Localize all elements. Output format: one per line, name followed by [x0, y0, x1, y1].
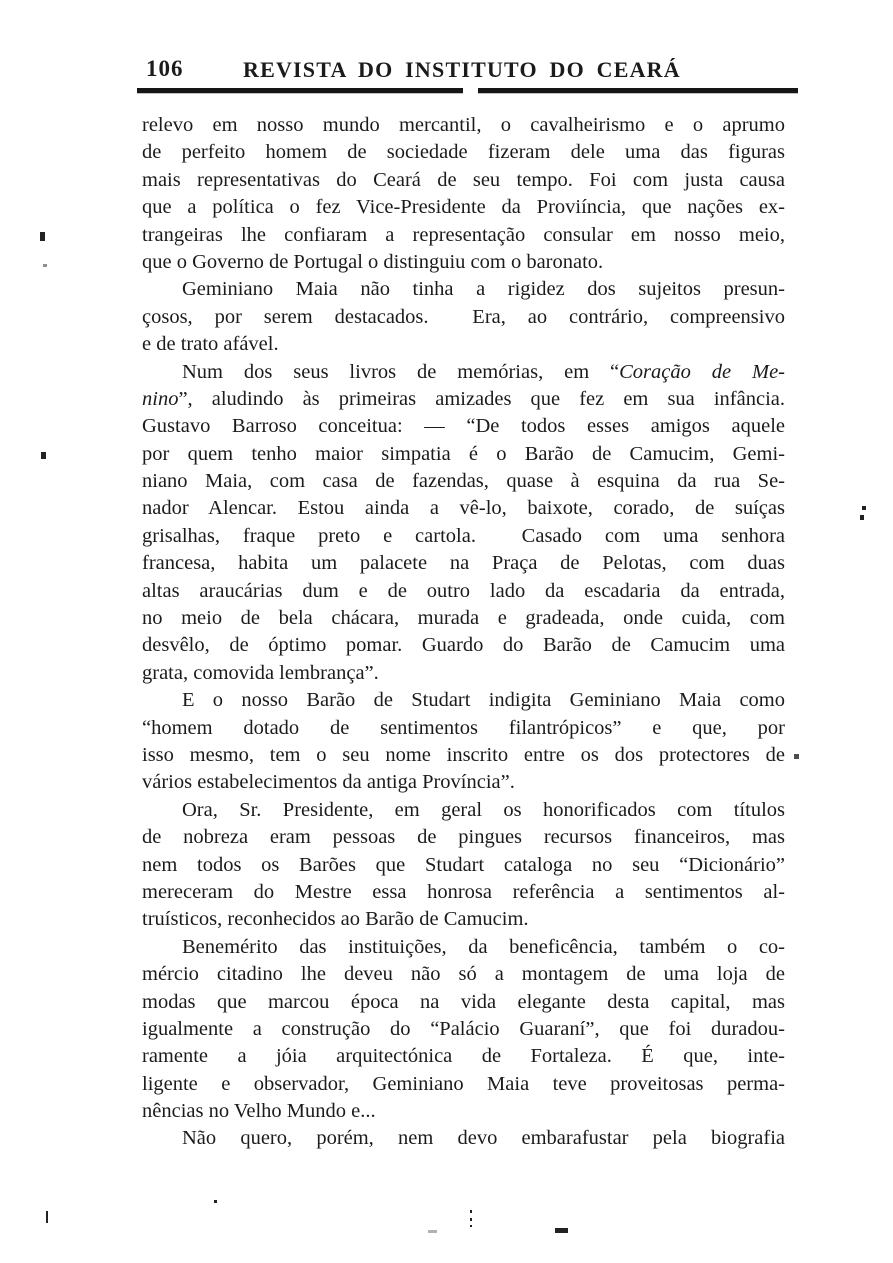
scan-speck [40, 232, 45, 241]
text-segment: çosos, por serem destacados. Era, ao con… [142, 306, 785, 328]
scan-speck [214, 1200, 217, 1203]
text-line: niano Maia, com casa de fazendas, quase … [142, 468, 785, 495]
text-segment: de nobreza eram pessoas de pingues recur… [142, 826, 785, 848]
text-segment: Geminiano Maia não tinha a rigidez dos s… [182, 278, 785, 300]
text-line: grisalhas, fraque preto e cartola. Casad… [142, 523, 785, 550]
text-line: mereceram do Mestre essa honrosa referên… [142, 879, 785, 906]
text-segment: ligente e observador, Geminiano Maia tev… [142, 1073, 785, 1095]
text-line: E o nosso Barão de Studart indigita Gemi… [142, 687, 785, 714]
scan-speck [470, 1210, 472, 1213]
text-segment: no meio de bela chácara, murada e gradea… [142, 607, 785, 629]
text-segment: igualmente a construção do “Palácio Guar… [142, 1018, 785, 1040]
text-line: nino”, aludindo às primeiras amizades qu… [142, 386, 785, 413]
text-segment: mais representativas do Ceará de seu tem… [142, 169, 785, 191]
text-segment: isso mesmo, tem o seu nome inscrito entr… [142, 744, 785, 766]
text-segment: “homem dotado de sentimentos filantrópic… [142, 717, 785, 739]
text-segment: que a política o fez Vice-Presidente da … [142, 196, 785, 218]
text-segment: de perfeito homem de sociedade fizeram d… [142, 141, 785, 163]
text-line: de perfeito homem de sociedade fizeram d… [142, 139, 785, 166]
text-line: e de trato afável. [142, 331, 785, 358]
text-line: ligente e observador, Geminiano Maia tev… [142, 1071, 785, 1098]
italic-text-segment: Coração de Me- [619, 361, 785, 383]
text-segment: relevo em nosso mundo mercantil, o caval… [142, 114, 785, 136]
text-segment: Não quero, porém, nem devo embarafustar … [182, 1127, 785, 1149]
text-line: truísticos, reconhecidos ao Barão de Cam… [142, 906, 785, 933]
italic-text-segment: nino [142, 388, 178, 410]
text-segment: altas araucárias dum e de outro lado da … [142, 580, 785, 602]
scan-speck [46, 1211, 48, 1223]
journal-title: REVISTA DO INSTITUTO DO CEARÁ [243, 57, 681, 83]
text-segment: por quem tenho maior simpatia é o Barão … [142, 443, 785, 465]
text-line: vários estabelecimentos da antiga Provín… [142, 769, 785, 796]
text-line: de nobreza eram pessoas de pingues recur… [142, 824, 785, 851]
text-segment: trangeiras lhe confiaram a representação… [142, 224, 785, 246]
text-segment: Ora, Sr. Presidente, em geral os honorif… [182, 799, 785, 821]
text-line: trangeiras lhe confiaram a representação… [142, 222, 785, 249]
text-line: relevo em nosso mundo mercantil, o caval… [142, 112, 785, 139]
scan-speck [470, 1225, 472, 1227]
text-segment: desvêlo, de óptimo pomar. Guardo do Barã… [142, 634, 785, 656]
text-line: nências no Velho Mundo e... [142, 1098, 785, 1125]
text-segment: nências no Velho Mundo e... [142, 1100, 376, 1122]
text-line: que o Governo de Portugal o distinguiu c… [142, 249, 785, 276]
text-line: igualmente a construção do “Palácio Guar… [142, 1016, 785, 1043]
text-segment: que o Governo de Portugal o distinguiu c… [142, 251, 603, 273]
header-rule-left [137, 88, 463, 93]
text-segment: e de trato afável. [142, 333, 279, 355]
text-line: çosos, por serem destacados. Era, ao con… [142, 304, 785, 331]
scan-speck [555, 1228, 568, 1233]
text-segment: truísticos, reconhecidos ao Barão de Cam… [142, 908, 529, 930]
text-segment: nador Alencar. Estou ainda a vê-lo, baix… [142, 497, 785, 519]
text-segment: francesa, habita um palacete na Praça de… [142, 552, 785, 574]
text-line: mércio citadino lhe deveu não só a monta… [142, 961, 785, 988]
scanned-page: 106 REVISTA DO INSTITUTO DO CEARÁ relevo… [0, 0, 893, 1263]
text-segment: ramente a jóia arquitectónica de Fortale… [142, 1045, 785, 1067]
text-line: francesa, habita um palacete na Praça de… [142, 550, 785, 577]
text-segment: vários estabelecimentos da antiga Provín… [142, 771, 515, 793]
text-segment: Gustavo Barroso conceitua: — “De todos e… [142, 415, 785, 437]
page-text: relevo em nosso mundo mercantil, o caval… [142, 112, 785, 1153]
scan-speck [43, 264, 47, 267]
text-line: no meio de bela chácara, murada e gradea… [142, 605, 785, 632]
text-segment: mereceram do Mestre essa honrosa referên… [142, 881, 785, 903]
text-line: modas que marcou época na vida elegante … [142, 989, 785, 1016]
scan-speck [794, 754, 799, 759]
text-line: Geminiano Maia não tinha a rigidez dos s… [142, 276, 785, 303]
text-line: Ora, Sr. Presidente, em geral os honorif… [142, 797, 785, 824]
text-segment: E o nosso Barão de Studart indigita Gemi… [182, 689, 785, 711]
text-line: que a política o fez Vice-Presidente da … [142, 194, 785, 221]
text-segment: niano Maia, com casa de fazendas, quase … [142, 470, 785, 492]
text-segment: mércio citadino lhe deveu não só a monta… [142, 963, 785, 985]
text-line: nem todos os Barões que Studart cataloga… [142, 852, 785, 879]
text-line: desvêlo, de óptimo pomar. Guardo do Barã… [142, 632, 785, 659]
text-line: mais representativas do Ceará de seu tem… [142, 167, 785, 194]
text-segment: grisalhas, fraque preto e cartola. Casad… [142, 525, 785, 547]
scan-speck [470, 1218, 472, 1221]
scan-speck [862, 506, 866, 510]
scan-speck [41, 452, 46, 459]
text-line: Não quero, porém, nem devo embarafustar … [142, 1125, 785, 1152]
text-line: nador Alencar. Estou ainda a vê-lo, baix… [142, 495, 785, 522]
text-segment: Benemérito das instituições, da beneficê… [182, 936, 785, 958]
text-segment: ”, aludindo às primeiras amizades que fe… [178, 388, 785, 410]
header-rule-right [478, 88, 798, 93]
text-line: Num dos seus livros de memórias, em “Cor… [142, 359, 785, 386]
text-line: por quem tenho maior simpatia é o Barão … [142, 441, 785, 468]
page-number: 106 [146, 56, 184, 82]
text-line: altas araucárias dum e de outro lado da … [142, 578, 785, 605]
scan-speck [428, 1230, 437, 1233]
text-line: Gustavo Barroso conceitua: — “De todos e… [142, 413, 785, 440]
text-line: “homem dotado de sentimentos filantrópic… [142, 715, 785, 742]
text-segment: nem todos os Barões que Studart cataloga… [142, 854, 785, 876]
text-line: ramente a jóia arquitectónica de Fortale… [142, 1043, 785, 1070]
text-segment: modas que marcou época na vida elegante … [142, 991, 785, 1013]
text-line: Benemérito das instituições, da beneficê… [142, 934, 785, 961]
text-line: isso mesmo, tem o seu nome inscrito entr… [142, 742, 785, 769]
text-segment: Num dos seus livros de memórias, em “ [182, 361, 619, 383]
text-segment: grata, comovida lembrança”. [142, 662, 379, 684]
text-line: grata, comovida lembrança”. [142, 660, 785, 687]
scan-speck [860, 515, 864, 520]
